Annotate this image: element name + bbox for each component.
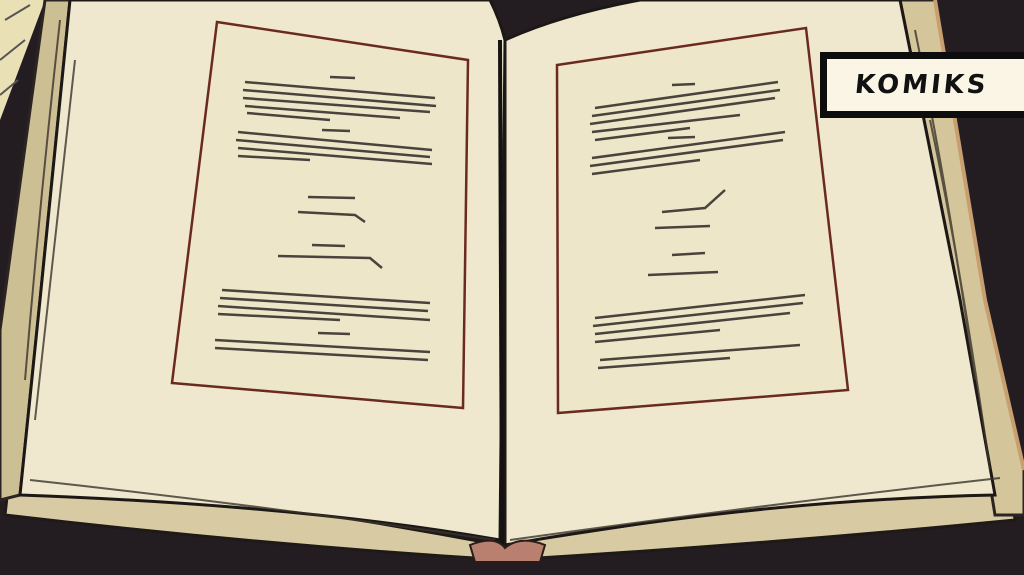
right-page-text-block <box>557 28 848 413</box>
komiks-label-text: KOMIKS <box>853 70 990 100</box>
komiks-label: KOMIKS <box>820 52 1024 118</box>
left-page-text-block <box>172 22 468 408</box>
